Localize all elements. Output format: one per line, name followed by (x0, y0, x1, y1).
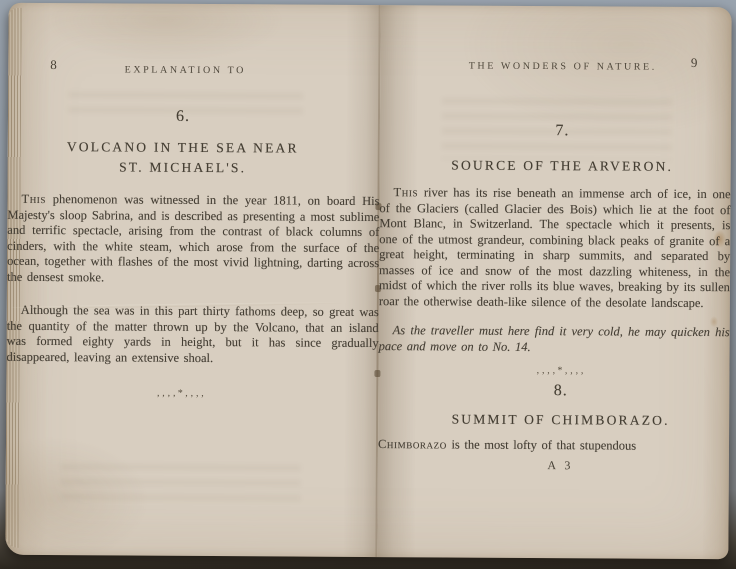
section-title-line1: VOLCANO IN THE SEA NEAR (48, 137, 318, 159)
signature-mark: A 3 (430, 457, 691, 474)
lead-word: This (21, 192, 46, 206)
photo-backdrop: 8 EXPLANATION TO 6. VOLCANO IN THE SEA N… (0, 0, 736, 569)
section-title: SUMMIT OF CHIMBORAZO. (430, 409, 691, 431)
open-book: 8 EXPLANATION TO 6. VOLCANO IN THE SEA N… (5, 3, 731, 559)
right-page: THE WONDERS OF NATURE. 9 7. SOURCE OF TH… (377, 5, 731, 559)
paragraph-text: river has its rise beneath an immense ar… (379, 185, 731, 309)
page-number: 9 (691, 55, 698, 71)
section-title: SOURCE OF THE ARVERON. (432, 155, 693, 177)
running-header: THE WONDERS OF NATURE. (469, 61, 657, 73)
lead-word: Chimborazo (378, 437, 447, 451)
section-title: VOLCANO IN THE SEA NEAR ST. MICHAEL'S. (48, 137, 318, 179)
page-number: 8 (50, 57, 57, 73)
paragraph: This phenomenon was witnessed in the yea… (7, 192, 380, 287)
divider-ornament: ‚‚‚‚*‚‚‚‚ (46, 387, 316, 400)
running-header: EXPLANATION TO (125, 65, 246, 77)
paragraph-text: phenomenon was witnessed in the year 181… (7, 192, 380, 284)
italic-note: As the traveller must here find it very … (379, 323, 730, 356)
section-number: 7. (432, 121, 693, 141)
left-header-row: 8 EXPLANATION TO (48, 59, 322, 79)
paragraph: This river has its rise beneath an immen… (379, 185, 731, 311)
left-page: 8 EXPLANATION TO 6. VOLCANO IN THE SEA N… (5, 3, 380, 557)
section-title-line2: ST. MICHAEL'S. (48, 157, 318, 179)
divider-ornament: ‚‚‚‚*‚‚‚‚ (430, 364, 691, 377)
right-header-row: THE WONDERS OF NATURE. 9 (432, 55, 693, 75)
paragraph-text: is the most lofty of that stupendous (451, 438, 636, 453)
showthrough-smudge (61, 463, 301, 504)
section-number: 8. (430, 381, 691, 401)
lead-word: This (394, 185, 419, 199)
paragraph: Although the sea was in this part thirty… (6, 303, 378, 367)
paragraph: Chimborazo is the most lofty of that stu… (378, 437, 729, 455)
section-number: 6. (48, 107, 318, 127)
